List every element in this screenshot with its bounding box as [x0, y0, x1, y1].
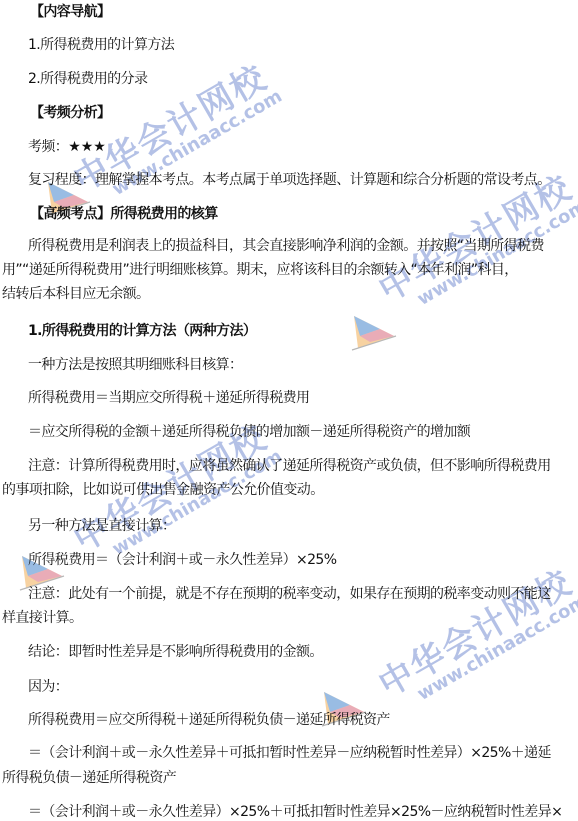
derivation-line: 所得税费用＝应交所得税＋递延所得税负债－递延所得税资产 — [28, 711, 390, 729]
freq-label: 考频： — [28, 139, 68, 155]
intro-paragraph-line: 用”“递延所得税费用”进行明细账核算。期末，应将该科目的余额转入“本年利润”科目… — [2, 261, 518, 279]
method2-intro: 另一种方法是直接计算： — [28, 517, 175, 535]
star-icon: ★★★ — [68, 139, 106, 155]
derivation-line: 所得税负债－递延所得税资产 — [2, 769, 176, 787]
freq-rating: 考频：★★★ — [28, 138, 106, 156]
formula: ＝应交所得税的金额＋递延所得税负债的增加额－递延所得税资产的增加额 — [28, 423, 470, 441]
derivation-line: ＝（会计利润＋或－永久性差异）×25%＋可抵扣暂时性差异×25%－应纳税暂时性差… — [28, 803, 562, 821]
note-line: 注意：此处有一个前提，就是不存在预期的税率变动，如果存在预期的税率变动则不能这 — [28, 585, 551, 603]
intro-paragraph-line: 所得税费用是利润表上的损益科目，其会直接影响净利润的金额。并按照“当期所得税费 — [28, 237, 544, 255]
formula: 所得税费用＝当期应交所得税＋递延所得税费用 — [28, 389, 309, 407]
review-level: 复习程度：理解掌握本考点。本考点属于单项选择题、计算题和综合分析题的常设考点。 — [28, 171, 551, 189]
because-label: 因为： — [28, 678, 68, 696]
freq-heading: 【考频分析】 — [30, 104, 110, 122]
note-line: 注意：计算所得税费用时，应将虽然确认了递延所得税资产或负债，但不影响所得税费用 — [28, 457, 551, 475]
section-heading: 1.所得税费用的计算方法（两种方法） — [28, 322, 256, 340]
conclusion: 结论：即暂时性差异是不影响所得税费用的金额。 — [28, 643, 323, 661]
intro-paragraph-line: 结转后本科目应无余额。 — [2, 285, 149, 303]
derivation-line: ＝（会计利润＋或－永久性差异＋可抵扣暂时性差异－应纳税暂时性差异）×25%＋递延 — [28, 744, 551, 762]
watermark-logo-icon — [350, 312, 398, 352]
formula: 所得税费用＝（会计利润＋或－永久性差异）×25% — [28, 551, 336, 569]
method1-intro: 一种方法是按照其明细账科目核算： — [28, 356, 242, 374]
nav-heading: 【内容导航】 — [30, 3, 110, 21]
topic-heading: 【高频考点】所得税费用的核算 — [30, 205, 218, 223]
watermark: 中华会计网校 www.chinaacc.com — [368, 553, 578, 719]
note-line: 样直接计算。 — [2, 609, 82, 627]
nav-item: 2.所得税费用的分录 — [28, 70, 147, 88]
note-line: 的事项扣除，比如说可供出售金融资产公允价值变动。 — [2, 481, 324, 499]
nav-item: 1.所得税费用的计算方法 — [28, 36, 174, 54]
